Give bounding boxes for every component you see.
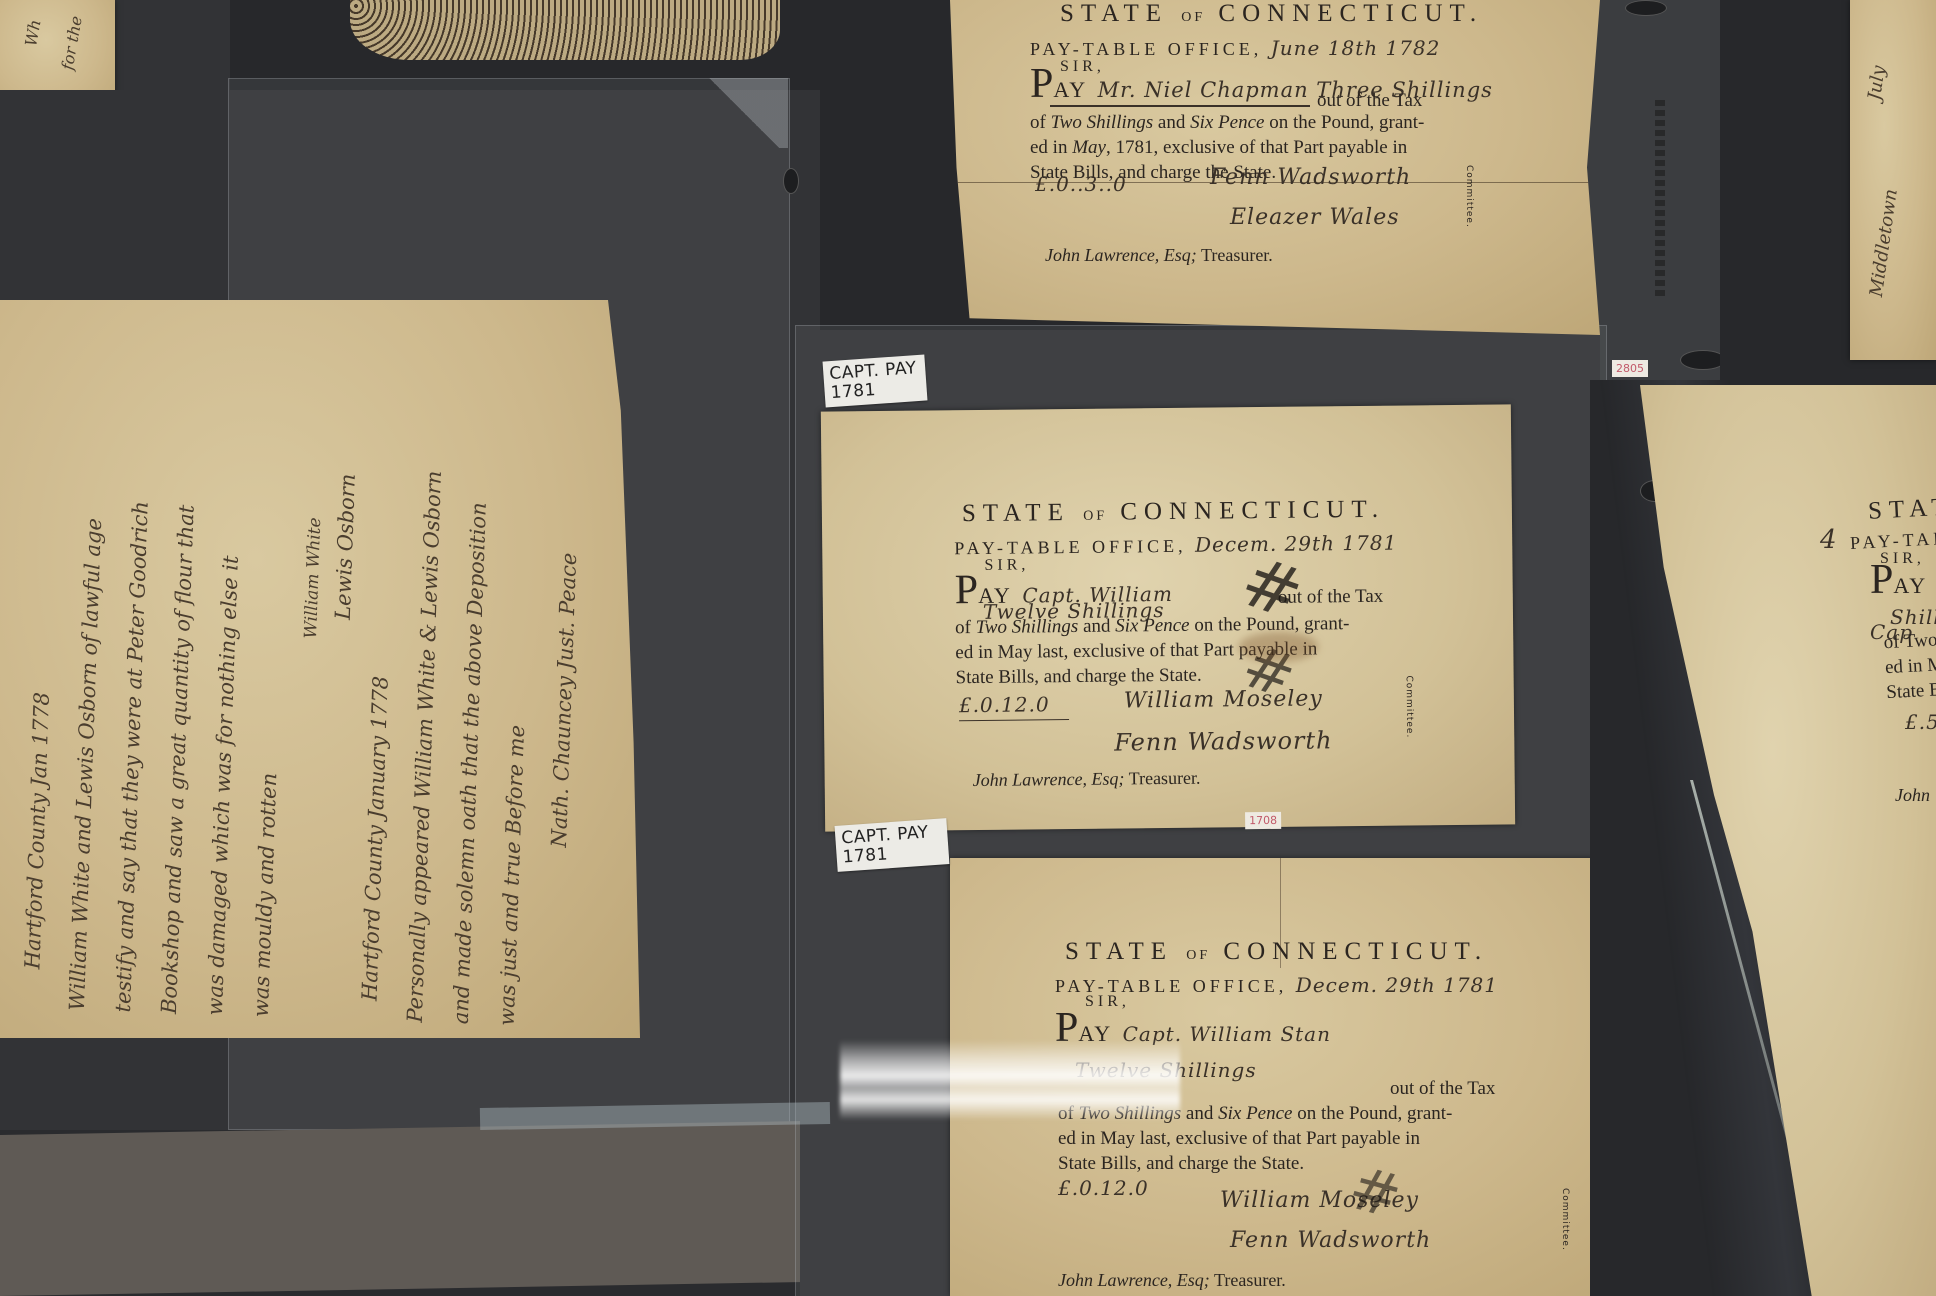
treasurer-title: Treasurer. xyxy=(1210,1270,1286,1290)
title-of: OF xyxy=(1181,10,1205,25)
warrant-top: STATE OF CONNECTICUT. PAY-TABLE OFFICE, … xyxy=(950,0,1600,335)
title-state: STATE xyxy=(1060,0,1168,27)
binder-strip-text xyxy=(1655,100,1665,300)
committee-label: Committee. xyxy=(1404,675,1415,738)
committee-label: Committee. xyxy=(1560,1188,1570,1251)
body-line-1: of Two Shi xyxy=(1883,626,1936,655)
body-line-2: ed in May, 1781, exclusive of that Part … xyxy=(1030,135,1424,160)
body-line-2: ed in May xyxy=(1884,651,1936,680)
capt-pay-label-2: CAPT. PAY 1781 xyxy=(835,818,950,872)
warrant-office: PAY-TABLE OFFICE, Decem. 29th 1781 xyxy=(954,531,1397,560)
decorative-printed-fragment xyxy=(350,0,780,60)
warrant-title: STATE OF CONNECTICUT. xyxy=(1065,938,1488,966)
warrant-middle: STATE OF CONNECTICUT. PAY-TABLE OFFICE, … xyxy=(821,404,1515,831)
office-label: PAY-TABLE OFFICE, xyxy=(954,536,1186,558)
signature-1: Fenn Wadsworth xyxy=(1210,165,1411,190)
gray-board-bottom-left xyxy=(0,1121,810,1296)
title-state: STATE xyxy=(1065,938,1173,965)
title-name: CONNECTICUT. xyxy=(1223,938,1488,965)
signature-2: Eleazer Wales xyxy=(1230,205,1400,230)
label-line-2: 1781 xyxy=(830,378,921,403)
signature-1: William Moseley xyxy=(1124,686,1323,713)
treasurer-title: Treasurer. xyxy=(1124,768,1200,789)
warrant-amount: £.0.12.0 xyxy=(1058,1176,1149,1200)
office-label: PAY-TABLE OFFICE, xyxy=(1030,39,1262,59)
title-name: CONNECTICUT. xyxy=(1218,0,1483,27)
catalog-tag: 1708 xyxy=(1245,812,1281,829)
pay-big: P xyxy=(1870,557,1893,603)
warrant-amount: £.5. xyxy=(1905,710,1936,734)
title-of: OF xyxy=(1186,948,1210,963)
deposition-text-block: Hartford County Jan 1778 William White a… xyxy=(8,309,632,1030)
committee-label: Committee. xyxy=(1464,165,1474,228)
warrant-date: June 18th 1782 xyxy=(1271,36,1441,60)
warrant-treasurer: John Lawrence, Esq; Treasurer. xyxy=(973,768,1201,791)
binder-hole xyxy=(1625,0,1667,16)
warrant-body: of Two Shi ed in May State Bill xyxy=(1883,626,1936,705)
treasurer-name: John xyxy=(1895,785,1930,805)
top-left-letter-line-2: for the xyxy=(45,12,100,74)
warrant-amount: £.0..3..0 xyxy=(1035,172,1127,196)
pay-big: P xyxy=(1030,61,1053,107)
binder-hole xyxy=(783,168,799,194)
capt-pay-label-1: CAPT. PAY 1781 xyxy=(823,354,928,407)
pay-rest: AY xyxy=(1053,77,1087,102)
warrant-amount: £.0.12.0 xyxy=(959,692,1050,717)
warrant-title: STATE OF CONNECTICUT. xyxy=(1060,0,1483,28)
top-right-partial-letter: Middletown July xyxy=(1850,0,1936,360)
warrant-office: PAY-TABLE OFFICE, June 18th 1782 xyxy=(1030,36,1440,60)
warrant-pay: PAY Mr. Niel Chapman Three Shillings xyxy=(1030,64,1493,110)
treasurer-name: John Lawrence, Esq; xyxy=(1045,245,1197,265)
body-line-2: ed in May last, exclusive of that Part p… xyxy=(1058,1126,1452,1151)
warrant-title: STATE OF CONNECTICUT. xyxy=(962,496,1385,528)
top-right-letter-line-1: Middletown xyxy=(1854,186,1915,300)
title-state: STATE xyxy=(962,499,1070,527)
handwritten-deposition: Hartford County Jan 1778 William White a… xyxy=(0,300,640,1038)
warrant-date: Decem. 29th 1781 xyxy=(1296,973,1498,997)
warrant-title: STATE xyxy=(1867,492,1936,526)
margin-mark: 4 xyxy=(1820,525,1838,555)
warrant-treasurer: John Lawrence, Esq; Treasurer. xyxy=(1058,1270,1286,1291)
sleeve-corner-fold xyxy=(700,78,788,148)
warrant-treasurer: John xyxy=(1895,785,1930,806)
title-name: CONNECTICUT. xyxy=(1120,496,1385,526)
signature-2: Fenn Wadsworth xyxy=(1114,726,1333,756)
amount-underline xyxy=(959,719,1069,721)
warrant-treasurer: John Lawrence, Esq; Treasurer. xyxy=(1045,245,1273,266)
catalog-tag: 2805 xyxy=(1612,360,1648,377)
treasurer-name: John Lawrence, Esq; xyxy=(1058,1270,1210,1290)
body-line-1: of Two Shillings and Six Pence on the Po… xyxy=(1030,110,1424,135)
signature-2: Fenn Wadsworth xyxy=(1230,1228,1431,1253)
label-line-2: 1781 xyxy=(842,842,943,868)
treasurer-name: John Lawrence, Esq; xyxy=(973,768,1125,790)
body-line-3: State Bill xyxy=(1886,676,1936,705)
warrant-out-of-tax: out of the Tax xyxy=(1390,1076,1495,1101)
warrant-payee: Mr. Niel Chapman Three Shillings xyxy=(1098,78,1493,102)
sleeve-glare xyxy=(840,1040,1180,1120)
title-of: OF xyxy=(1083,509,1107,524)
treasurer-title: Treasurer. xyxy=(1197,245,1273,265)
pay-big: P xyxy=(954,567,978,613)
top-right-letter-line-2: July xyxy=(1852,63,1902,104)
payee-underline xyxy=(1050,105,1310,107)
pay-rest: AY xyxy=(1893,573,1927,598)
warrant-sum: Shillings xyxy=(1890,605,1936,629)
